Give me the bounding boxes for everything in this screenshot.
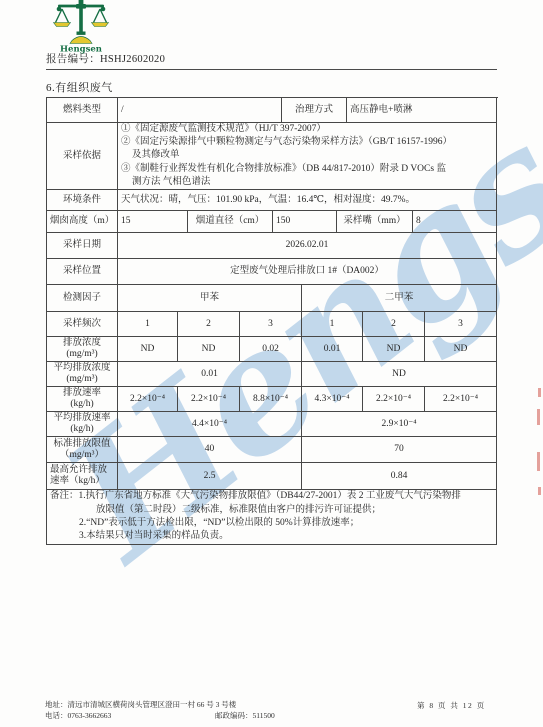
treatment-value: 高压静电+喷淋 [347, 98, 497, 123]
red-stamp-artifact [538, 487, 541, 495]
concentration-label: 排放浓度 (mg/m³) [47, 337, 118, 362]
avg-rate-toluene: 4.4×10⁻⁴ [118, 412, 302, 437]
emissions-table: 燃料类型 / 治理方式 高压静电+喷淋 采样依据 ①《固定源废气监测技术规范》（… [46, 97, 498, 545]
limit-toluene: 40 [118, 437, 302, 463]
table-row-stack: 烟囱高度（m） 15 烟道直径（cm） 150 采样嘴（mm） 8 [47, 211, 498, 233]
red-stamp-artifact [537, 452, 540, 471]
table-row-basis: 采样依据 ①《固定源废气监测技术规范》（HJ/T 397-2007） ②《固定污… [47, 123, 498, 190]
table-row-concentration: 排放浓度 (mg/m³) ND ND 0.02 0.01 ND ND [47, 337, 498, 362]
avg-concentration-xylene: ND [302, 362, 497, 387]
fuel-type-value: / [118, 98, 282, 123]
table-row-notes: 备注：1.执行广东省地方标准《大气污染物排放限值》（DB44/27-2001）表… [47, 490, 498, 545]
notes-cell: 备注：1.执行广东省地方标准《大气污染物排放限值》（DB44/27-2001）表… [47, 490, 497, 545]
table-row-max-rate: 最高允许排放 速率（kg/h） 2.5 0.84 [47, 463, 498, 490]
sampling-basis-label: 采样依据 [47, 123, 118, 190]
sampling-location-value: 定型废气处理后排放口 1#（DA002） [118, 259, 497, 285]
frequency-value: 3 [240, 312, 302, 337]
red-stamp-artifact [538, 388, 541, 397]
avg-concentration-unit: (mg/m³) [66, 374, 97, 385]
treatment-label: 治理方式 [282, 98, 347, 123]
max-rate-unit: 速率（kg/h） [50, 476, 105, 487]
frequency-label: 采样频次 [47, 312, 118, 337]
rate-value: 2.2×10⁻⁴ [118, 387, 178, 412]
frequency-value: 1 [118, 312, 178, 337]
basis-line: 测方法 气相色谱法 [121, 176, 493, 189]
page-number: 第 8 页 共 12 页 [417, 700, 486, 711]
max-rate-toluene: 2.5 [118, 463, 302, 490]
stack-height-label: 烟囱高度（m） [47, 211, 118, 233]
frequency-value: 1 [302, 312, 363, 337]
footer: 地址：清远市清城区横荷岗头管理区澄田一村 66 号 3 号楼 电话：0763-3… [45, 699, 345, 721]
limit-label: 标准排放限值 （mg/m³） [47, 437, 118, 463]
frequency-value: 2 [178, 312, 240, 337]
report-page: Hengsen Hengsen 报告编号：HSHJ2602020 6.有组织废气… [0, 0, 543, 727]
concentration-value: 0.02 [240, 337, 302, 362]
fuel-type-label: 燃料类型 [47, 98, 118, 123]
red-stamp-artifact [537, 409, 540, 425]
note-line: 备注：1.执行广东省地方标准《大气污染物排放限值》（DB44/27-2001）表… [50, 490, 493, 503]
frequency-value: 3 [425, 312, 497, 337]
note-line: 2.“ND”表示低于方法检出限，“ND”以检出限的 50%计算排放速率； [50, 517, 493, 530]
footer-address: 地址：清远市清城区横荷岗头管理区澄田一村 66 号 3 号楼 [45, 699, 345, 710]
duct-diameter-label: 烟道直径（cm） [188, 211, 273, 233]
max-rate-xylene: 0.84 [302, 463, 497, 490]
basis-line: 及其修改单 [121, 149, 493, 162]
avg-rate-label: 平均排放速率 (kg/h) [47, 412, 118, 437]
avg-concentration-label: 平均排放浓度 (mg/m³) [47, 362, 118, 387]
concentration-value: ND [425, 337, 497, 362]
note-line: 3.本结果只对当时采集的样品负责。 [50, 530, 493, 543]
table-row-date: 采样日期 2026.02.01 [47, 233, 498, 259]
rate-label: 排放速率 (kg/h) [47, 387, 118, 412]
report-number-value: HSHJ2602020 [100, 54, 165, 65]
balance-scale-icon: Hengsen [52, 0, 110, 54]
factor-xylene: 二甲苯 [302, 285, 497, 312]
concentration-unit: (mg/m³) [66, 349, 97, 360]
report-number-line: 报告编号：HSHJ2602020 [46, 51, 497, 70]
rate-value: 2.2×10⁻⁴ [363, 387, 425, 412]
avg-rate-xylene: 2.9×10⁻⁴ [302, 412, 497, 437]
environment-value: 天气状况：晴，气压：101.90 kPa，气温：16.4℃，相对湿度：49.7%… [118, 190, 497, 211]
avg-concentration-toluene: 0.01 [118, 362, 302, 387]
factor-toluene: 甲苯 [118, 285, 302, 312]
concentration-value: ND [363, 337, 425, 362]
rate-label-line: 排放速率 [63, 388, 101, 399]
table-row-rate: 排放速率 (kg/h) 2.2×10⁻⁴ 2.2×10⁻⁴ 8.8×10⁻⁴ 4… [47, 387, 498, 412]
table-row-limit: 标准排放限值 （mg/m³） 40 70 [47, 437, 498, 463]
concentration-value: ND [178, 337, 240, 362]
sampling-basis-value: ①《固定源废气监测技术规范》（HJ/T 397-2007） ②《固定污染源排气中… [118, 123, 497, 190]
limit-label-line: 标准排放限值 [53, 439, 110, 450]
rate-value: 2.2×10⁻⁴ [178, 387, 240, 412]
nozzle-value: 8 [413, 211, 497, 233]
limit-unit: （mg/m³） [60, 450, 104, 461]
report-number-label: 报告编号： [46, 54, 100, 65]
sampling-date-label: 采样日期 [47, 233, 118, 259]
sampling-location-label: 采样位置 [47, 259, 118, 285]
table-row-fuel: 燃料类型 / 治理方式 高压静电+喷淋 [47, 98, 498, 123]
avg-rate-unit: (kg/h) [70, 424, 93, 435]
nozzle-label: 采样嘴（mm） [337, 211, 413, 233]
rate-value: 4.3×10⁻⁴ [302, 387, 363, 412]
max-rate-label: 最高允许排放 速率（kg/h） [47, 463, 118, 490]
table-row-avg-concentration: 平均排放浓度 (mg/m³) 0.01 ND [47, 362, 498, 387]
basis-line: ②《固定污染源排气中颗粒物测定与气态污染物采样方法》（GB/T 16157-19… [121, 136, 493, 149]
concentration-value: 0.01 [302, 337, 363, 362]
rate-unit: (kg/h) [70, 399, 93, 410]
note-line: 放限值（第二时段）二级标准，标准限值由客户的排污许可证提供； [50, 504, 493, 517]
frequency-value: 2 [363, 312, 425, 337]
footer-contact: 电话：0763-3662663邮政编码：511500 [45, 710, 345, 721]
stack-height-value: 15 [118, 211, 188, 233]
table-row-environment: 环境条件 天气状况：晴，气压：101.90 kPa，气温：16.4℃，相对湿度：… [47, 190, 498, 211]
test-factor-label: 检测因子 [47, 285, 118, 312]
table-row-factor: 检测因子 甲苯 二甲苯 [47, 285, 498, 312]
footer-phone: 电话：0763-3662663 [45, 710, 215, 721]
rate-value: 2.2×10⁻⁴ [425, 387, 497, 412]
table-row-location: 采样位置 定型废气处理后排放口 1#（DA002） [47, 259, 498, 285]
basis-line: ③《制鞋行业挥发性有机化合物排放标准》（DB 44/817-2010）附录 D … [121, 163, 493, 176]
max-rate-label-line: 最高允许排放 [50, 465, 107, 476]
avg-concentration-label-line: 平均排放浓度 [53, 363, 110, 374]
environment-label: 环境条件 [47, 190, 118, 211]
section-title: 6.有组织废气 [46, 79, 113, 95]
rate-value: 8.8×10⁻⁴ [240, 387, 302, 412]
sampling-date-value: 2026.02.01 [118, 233, 497, 259]
footer-postcode: 邮政编码：511500 [215, 711, 275, 720]
concentration-label-line: 排放浓度 [63, 338, 101, 349]
table-row-avg-rate: 平均排放速率 (kg/h) 4.4×10⁻⁴ 2.9×10⁻⁴ [47, 412, 498, 437]
table-row-frequency: 采样频次 1 2 3 1 2 3 [47, 312, 498, 337]
basis-line: ①《固定源废气监测技术规范》（HJ/T 397-2007） [121, 123, 493, 136]
concentration-value: ND [118, 337, 178, 362]
limit-xylene: 70 [302, 437, 497, 463]
duct-diameter-value: 150 [273, 211, 337, 233]
avg-rate-label-line: 平均排放速率 [53, 413, 110, 424]
